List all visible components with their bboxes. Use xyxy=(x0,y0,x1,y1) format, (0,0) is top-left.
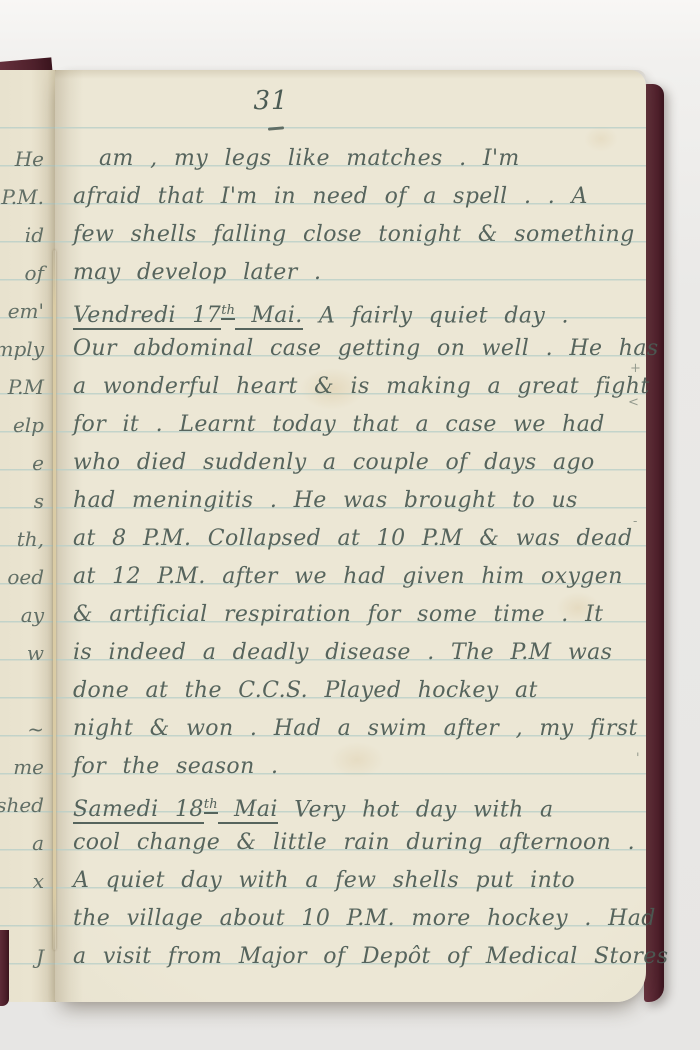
handwriting-segment: for it . Learnt today that a case we had xyxy=(73,412,605,437)
facing-page-text-fragment: w xyxy=(0,634,50,672)
handwriting-line: at 8 P.M. Collapsed at 10 P.M & was dead xyxy=(73,520,641,558)
facing-page-text-fragment: s xyxy=(0,482,50,520)
handwriting-segment: who died suddenly a couple of days ago xyxy=(73,450,595,475)
facing-page-text-fragments: He2 P.M.idofem'mply6. P.Melpesth,oedayw~… xyxy=(0,140,50,976)
facing-page-text-fragment: e xyxy=(0,444,50,482)
handwriting-line: night & won . Had a swim after , my firs… xyxy=(73,710,641,748)
entry-date-heading: th xyxy=(221,303,235,320)
handwriting-line: a visit from Major of Depôt of Medical S… xyxy=(73,938,641,976)
handwriting-line: am , my legs like matches . I'm xyxy=(73,140,641,178)
handwriting-line: had meningitis . He was brought to us xyxy=(73,482,641,520)
facing-page-text-fragment: He xyxy=(0,140,50,178)
handwriting-line: Samedi 18th Mai Very hot day with a xyxy=(73,786,641,824)
handwriting-line: is indeed a deadly disease . The P.M was xyxy=(73,634,641,672)
facing-page-text-fragment: th, xyxy=(0,520,50,558)
entry-date-heading: Vendredi 17 xyxy=(73,303,221,330)
handwriting-line: at 12 P.M. after we had given him oxygen xyxy=(73,558,641,596)
handwriting-segment: cool change & little rain during afterno… xyxy=(73,830,635,855)
facing-page-text-fragment: x xyxy=(0,862,50,900)
handwriting-segment: am , my legs like matches . I'm xyxy=(99,146,520,171)
binding-seam xyxy=(53,250,56,950)
handwriting-segment: Very hot day with a xyxy=(278,797,554,822)
handwriting-segment: done at the C.C.S. Played hockey at xyxy=(73,678,538,703)
handwriting-line: A quiet day with a few shells put into xyxy=(73,862,641,900)
facing-page-text-fragment: me xyxy=(0,748,50,786)
handwriting-segment: & artificial respiration for some time .… xyxy=(73,602,603,627)
handwriting-segment: A quiet day with a few shells put into xyxy=(73,868,575,893)
handwriting-line: may develop later . xyxy=(73,254,641,292)
entry-date-heading: th xyxy=(204,797,218,814)
handwriting-line: for the season . xyxy=(73,748,641,786)
facing-page-text-fragment: em' xyxy=(0,292,50,330)
handwriting-line: the village about 10 P.M. more hockey . … xyxy=(73,900,641,938)
handwriting-segment: a wonderful heart & is making a great fi… xyxy=(73,374,650,399)
facing-page-text-fragment: mply xyxy=(0,330,50,368)
handwriting-segment: at 12 P.M. after we had given him oxygen xyxy=(73,564,623,589)
handwriting-segment: few shells falling close tonight & somet… xyxy=(73,222,635,247)
facing-page-text-fragment: a xyxy=(0,824,50,862)
facing-page-text-fragment: elp xyxy=(0,406,50,444)
handwriting-segment: the village about 10 P.M. more hockey . … xyxy=(73,906,656,931)
facing-page-text-fragment xyxy=(0,672,50,710)
handwriting-line: Vendredi 17th Mai. A fairly quiet day . xyxy=(73,292,641,330)
handwriting-line: who died suddenly a couple of days ago xyxy=(73,444,641,482)
facing-page-text-fragment: ay xyxy=(0,596,50,634)
handwriting-segment: may develop later . xyxy=(73,260,321,285)
entry-date-heading: Mai. xyxy=(235,303,303,330)
handwriting-line: for it . Learnt today that a case we had xyxy=(73,406,641,444)
entry-date-heading: Samedi 18 xyxy=(73,797,204,824)
facing-page-text-fragment: shed xyxy=(0,786,50,824)
facing-page-text-fragment: 6. P.M xyxy=(0,368,50,406)
handwriting-line: afraid that I'm in need of a spell . . A xyxy=(73,178,641,216)
entry-date-heading: Mai xyxy=(218,797,278,824)
ink-mark: - xyxy=(633,515,637,528)
facing-page-text-fragment: ~ xyxy=(0,710,50,748)
handwriting-line: & artificial respiration for some time .… xyxy=(73,596,641,634)
handwriting-line: done at the C.C.S. Played hockey at xyxy=(73,672,641,710)
handwriting-segment: is indeed a deadly disease . The P.M was xyxy=(73,640,612,665)
handwriting-segment: a visit from Major of Depôt of Medical S… xyxy=(73,944,668,969)
ink-mark: ' xyxy=(636,752,640,765)
handwriting-line: few shells falling close tonight & somet… xyxy=(73,216,641,254)
handwriting-segment: had meningitis . He was brought to us xyxy=(73,488,578,513)
notebook-cover-right-edge xyxy=(644,84,664,1002)
facing-page-text-fragment: oed xyxy=(0,558,50,596)
handwriting-text: am , my legs like matches . I'mafraid th… xyxy=(73,140,641,976)
ink-mark: < xyxy=(628,396,639,409)
handwriting-line: cool change & little rain during afterno… xyxy=(73,824,641,862)
ink-mark: + xyxy=(630,362,641,375)
facing-page-text-fragment: id xyxy=(0,216,50,254)
handwriting-segment: night & won . Had a swim after , my firs… xyxy=(73,716,638,741)
handwriting-segment: for the season . xyxy=(73,754,278,779)
facing-page-text-fragment: J xyxy=(0,938,50,976)
handwriting-line: a wonderful heart & is making a great fi… xyxy=(73,368,641,406)
page-number: 31 xyxy=(248,86,294,116)
facing-page-text-fragment: 2 P.M. xyxy=(0,178,50,216)
handwriting-segment: at 8 P.M. Collapsed at 10 P.M & was dead xyxy=(73,526,632,551)
facing-page-text-fragment: of xyxy=(0,254,50,292)
notebook-photo: 31 He2 P.M.idofem'mply6. P.Melpesth,oeda… xyxy=(0,0,700,1050)
handwriting-line: Our abdominal case getting on well . He … xyxy=(73,330,641,368)
facing-page-text-fragment xyxy=(0,900,50,938)
handwriting-segment: Our abdominal case getting on well . He … xyxy=(73,336,659,361)
handwriting-segment: afraid that I'm in need of a spell . . A xyxy=(73,184,588,209)
handwriting-segment: A fairly quiet day . xyxy=(303,303,569,328)
